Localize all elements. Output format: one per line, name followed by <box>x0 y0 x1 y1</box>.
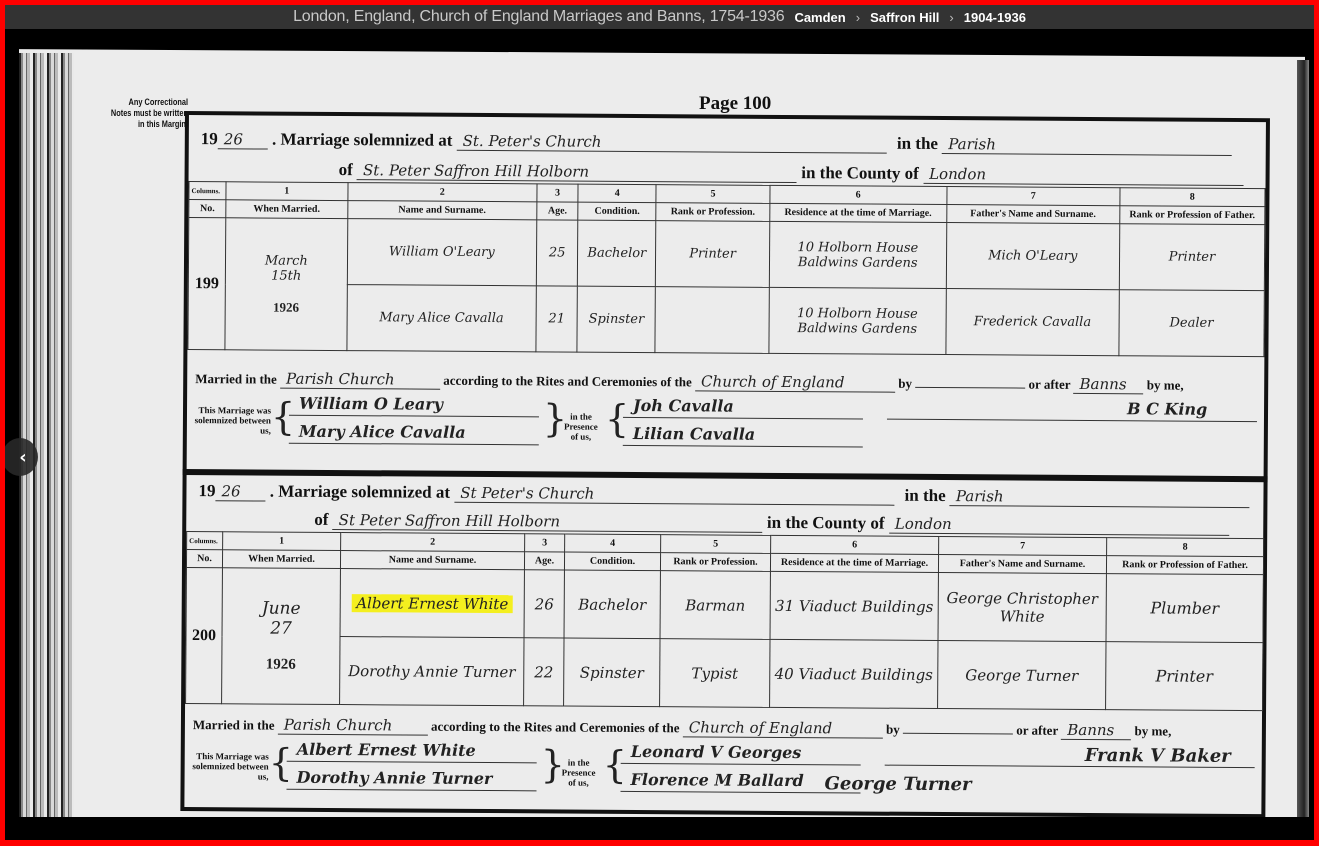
col-header-when-married: When Married. <box>226 200 348 219</box>
bride-age: 22 <box>524 638 564 706</box>
witness-1: Joh Cavalla <box>623 396 863 420</box>
highlighted-name[interactable]: Albert Ernest White <box>352 594 512 613</box>
col-header-residence: Residence at the time of Marriage. <box>769 203 946 222</box>
col-num: 4 <box>565 534 661 553</box>
county-value: London <box>923 165 1243 186</box>
col-num: 7 <box>947 187 1120 206</box>
col-header-no: No. <box>189 200 226 218</box>
entry-number: 199 <box>188 218 226 350</box>
county-label: in the County of <box>767 513 885 533</box>
rites-line: Married in the Parish Church according t… <box>195 369 1184 395</box>
of-place: St Peter Saffron Hill Holborn <box>333 511 763 533</box>
col-header-name: Name and Surname. <box>347 201 537 220</box>
col-header-age: Age. <box>524 552 564 570</box>
bride-father-rank: Dealer <box>1119 290 1265 357</box>
col-num: 7 <box>939 537 1107 556</box>
col-num: 2 <box>341 533 525 552</box>
in-the-label: in the <box>904 486 945 505</box>
col-header-father-rank: Rank or Profession of Father. <box>1120 206 1265 225</box>
groom-condition: Bachelor <box>564 570 660 639</box>
chevron-right-icon: › <box>949 10 953 25</box>
year-suffix: 26 <box>218 130 268 149</box>
marriage-entry: 1926 . Marriage solemnized at St Peter's… <box>184 479 1263 816</box>
col-num: 6 <box>771 535 939 554</box>
solemnized-label: . Marriage solemnized at <box>272 130 452 150</box>
married-in-label: Married in the <box>195 371 277 387</box>
married-in-label: Married in the <box>193 717 275 733</box>
groom-father: George Christopher White <box>938 573 1106 642</box>
book-binding <box>1297 60 1309 830</box>
groom-age: 25 <box>536 220 578 286</box>
parish-value: Parish <box>942 135 1232 156</box>
breadcrumb: Camden › Saffron Hill › 1904-1936 <box>794 10 1026 25</box>
image-bottom-edge <box>19 817 1319 846</box>
marriage-register: 1926 . Marriage solemnized at St. Peter'… <box>180 111 1270 818</box>
table-row-bride: Mary Alice Cavalla 21 Spinster 10 Holbor… <box>188 284 1264 357</box>
presence-label: in the Presence of us, <box>559 757 599 787</box>
groom-name: William O'Leary <box>347 219 537 286</box>
col-num: 5 <box>661 535 771 554</box>
page-number: Page 100 <box>699 93 771 115</box>
col-num: 8 <box>1107 538 1264 557</box>
col-header-rank: Rank or Profession. <box>656 203 769 222</box>
previous-image-button[interactable]: ‹ <box>2 438 38 476</box>
col-num: 3 <box>525 534 565 552</box>
bride-father: George Turner <box>938 641 1106 710</box>
entry-footer: Married in the Parish Church according t… <box>184 707 1262 814</box>
this-marriage-label: This Marriage was solemnized between us, <box>191 751 269 782</box>
rites-line: Married in the Parish Church according t… <box>193 715 1172 740</box>
officiant-signature: Frank V Baker <box>885 744 1255 768</box>
by-value <box>903 733 1013 735</box>
groom-age: 26 <box>524 570 564 638</box>
groom-condition: Bachelor <box>578 220 657 287</box>
col-num: 4 <box>578 184 656 203</box>
col-header-name: Name and Surname. <box>340 551 524 570</box>
groom-father-rank: Printer <box>1119 224 1265 291</box>
bride-age: 21 <box>536 286 578 352</box>
month: June <box>223 598 340 619</box>
witness-1: Leonard V Georges <box>621 742 861 766</box>
rites-value: Church of England <box>695 372 895 392</box>
bride-rank: Typist <box>660 639 770 708</box>
year-suffix: 26 <box>215 482 265 501</box>
witness-2: Lilian Cavalla <box>623 424 863 448</box>
entry-header-line1: 1926 . Marriage solemnized at St Peter's… <box>198 481 1250 508</box>
bride-signature: Dorothy Annie Turner <box>287 768 537 792</box>
col-num: 3 <box>537 184 578 202</box>
rites-label: according to the Rites and Ceremonies of… <box>443 373 692 390</box>
bride-residence: 10 Holborn House Baldwins Gardens <box>769 287 947 354</box>
this-marriage-label: This Marriage was solemnized between us, <box>193 405 271 436</box>
or-after-value: Banns <box>1061 721 1131 740</box>
groom-father: Mich O'Leary <box>946 223 1119 290</box>
groom-residence: 10 Holborn House Baldwins Gardens <box>769 221 947 288</box>
church-name: St Peter's Church <box>454 484 894 506</box>
groom-signature: Albert Ernest White <box>287 740 537 764</box>
chevron-left-icon: ‹ <box>19 447 26 468</box>
church-name: St. Peter's Church <box>457 132 887 154</box>
married-in-value: Parish Church <box>278 716 428 736</box>
year-prefix: 19 <box>198 481 215 500</box>
day: 27 <box>223 618 340 639</box>
of-label: of <box>314 510 328 529</box>
presence-label: in the Presence of us, <box>561 412 601 442</box>
groom-residence: 31 Viaduct Buildings <box>770 571 938 640</box>
col-num: 8 <box>1120 188 1265 207</box>
by-me-label: by me, <box>1134 723 1171 738</box>
viewer-frame: London, England, Church of England Marri… <box>0 0 1319 846</box>
entry-table: Columns. 1 2 3 4 5 6 7 8 No. When Marrie… <box>187 181 1265 357</box>
officiant-name: Frank V Baker <box>1085 745 1231 767</box>
year: 1926 <box>222 656 339 674</box>
bride-condition: Spinster <box>564 638 660 707</box>
year: 1926 <box>226 299 347 316</box>
breadcrumb-saffron-hill[interactable]: Saffron Hill <box>870 10 939 25</box>
or-after-value: Banns <box>1074 375 1144 394</box>
col-num: 1 <box>226 182 348 201</box>
groom-signature: William O Leary <box>289 394 539 418</box>
breadcrumb-date-range[interactable]: 1904-1936 <box>964 10 1026 25</box>
col-num: 5 <box>656 185 769 204</box>
col-num: 6 <box>770 185 947 204</box>
bride-father-rank: Printer <box>1106 642 1263 711</box>
county-value: London <box>889 515 1229 536</box>
col-header-age: Age. <box>537 202 578 220</box>
collection-title: London, England, Church of England Marri… <box>293 8 784 26</box>
chevron-right-icon: › <box>856 10 860 25</box>
table-row-groom: 200 June 27 1926 Albert Ernest White 26 … <box>186 568 1263 643</box>
columns-label: Columns. <box>189 182 226 200</box>
col-header-condition: Condition. <box>578 202 656 221</box>
month: March <box>226 253 347 269</box>
solemnized-label: . Marriage solemnized at <box>270 482 450 502</box>
groom-name: Albert Ernest White <box>340 569 524 638</box>
book-page-edges <box>19 53 74 818</box>
of-label: of <box>339 160 353 179</box>
collection-header: London, England, Church of England Marri… <box>5 5 1314 29</box>
bride-father: Frederick Cavalla <box>946 289 1119 356</box>
bride-signature: Mary Alice Cavalla <box>289 422 539 446</box>
parish-value: Parish <box>950 487 1250 508</box>
entry-footer: Married in the Parish Church according t… <box>187 361 1265 468</box>
rites-value: Church of England <box>683 718 883 738</box>
day: 15th <box>226 268 347 284</box>
by-value <box>915 387 1025 389</box>
bride-residence: 40 Viaduct Buildings <box>770 639 938 708</box>
witness-3: George Turner <box>824 773 971 795</box>
county-label: in the County of <box>801 163 919 183</box>
year-prefix: 19 <box>201 129 218 148</box>
col-header-residence: Residence at the time of Marriage. <box>770 553 938 572</box>
bride-name: Dorothy Annie Turner <box>340 637 524 706</box>
officiant-name: B C King <box>1127 399 1207 419</box>
when-married: March 15th 1926 <box>225 218 347 351</box>
table-row-bride: Dorothy Annie Turner 22 Spinster Typist … <box>186 636 1263 711</box>
bride-rank <box>655 287 769 354</box>
entry-header-line1: 1926 . Marriage solemnized at St. Peter'… <box>201 129 1233 156</box>
married-in-value: Parish Church <box>280 370 440 390</box>
col-header-when-married: When Married. <box>222 550 340 569</box>
col-num: 2 <box>347 183 537 202</box>
col-header-father: Father's Name and Surname. <box>938 555 1106 574</box>
col-header-father: Father's Name and Surname. <box>947 205 1120 224</box>
by-label: by <box>886 722 900 737</box>
col-header-rank: Rank or Profession. <box>660 553 770 572</box>
or-after-label: or after <box>1016 723 1058 738</box>
groom-rank: Barman <box>660 571 770 640</box>
or-after-label: or after <box>1029 377 1071 392</box>
table-row-groom: 199 March 15th 1926 William O'Leary 25 B… <box>188 218 1264 291</box>
when-married: June 27 1926 <box>222 568 341 705</box>
col-num: 1 <box>223 532 341 551</box>
officiant-signature: B C King <box>887 398 1257 422</box>
margin-note: Any Correctional Notes must be written i… <box>110 97 188 130</box>
rites-label: according to the Rites and Ceremonies of… <box>431 719 680 736</box>
by-label: by <box>898 376 912 391</box>
col-header-father-rank: Rank or Profession of Father. <box>1106 556 1263 575</box>
breadcrumb-camden[interactable]: Camden <box>794 10 845 25</box>
by-me-label: by me, <box>1147 377 1184 392</box>
marriage-entry: 1926 . Marriage solemnized at St. Peter'… <box>187 115 1266 482</box>
col-header-condition: Condition. <box>564 552 660 571</box>
bride-condition: Spinster <box>577 286 656 353</box>
entry-table: Columns. 1 2 3 4 5 6 7 8 No. When Marrie… <box>185 531 1264 711</box>
groom-father-rank: Plumber <box>1106 574 1263 643</box>
in-the-label: in the <box>897 134 938 153</box>
groom-rank: Printer <box>656 221 770 288</box>
of-place: St. Peter Saffron Hill Holborn <box>357 161 797 183</box>
entry-number: 200 <box>186 568 223 704</box>
col-header-no: No. <box>186 550 222 568</box>
columns-label: Columns. <box>187 532 223 550</box>
bride-name: Mary Alice Cavalla <box>346 285 536 352</box>
